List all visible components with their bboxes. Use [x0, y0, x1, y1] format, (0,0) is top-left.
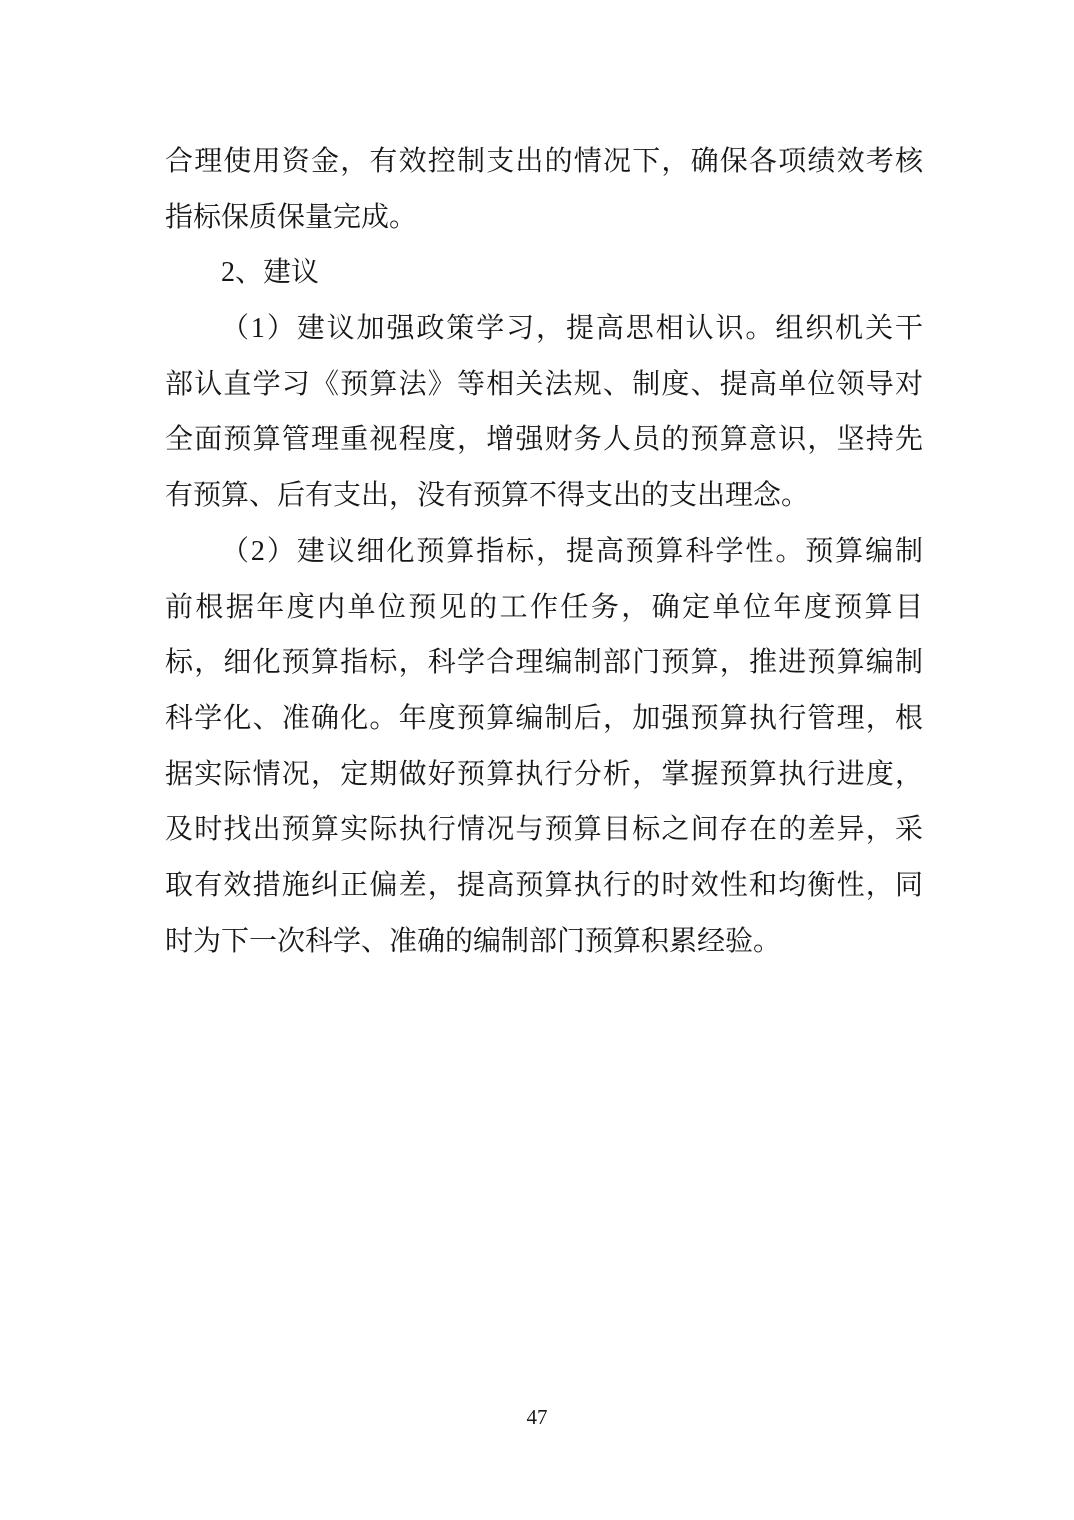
text-line: 时为下一次科学、准确的编制部门预算积累经验。 [165, 914, 923, 970]
text-line: （1）建议加强政策学习，提高思相认识。组织机关干 [165, 301, 923, 357]
text-line: 标，细化预算指标，科学合理编制部门预算，推进预算编制 [165, 635, 923, 691]
text-line: 2、建议 [165, 245, 923, 301]
paragraph: （1）建议加强政策学习，提高思相认识。组织机关干部认直学习《预算法》等相关法规、… [165, 301, 923, 524]
text-line: 科学化、准确化。年度预算编制后，加强预算执行管理，根 [165, 691, 923, 747]
paragraph: 合理使用资金，有效控制支出的情况下，确保各项绩效考核指标保质保量完成。 [165, 134, 923, 245]
paragraph: 2、建议 [165, 245, 923, 301]
text-line: 有预算、后有支出，没有预算不得支出的支出理念。 [165, 468, 923, 524]
text-block: 合理使用资金，有效控制支出的情况下，确保各项绩效考核指标保质保量完成。2、建议（… [165, 134, 923, 969]
text-line: 据实际情况，定期做好预算执行分析，掌握预算执行进度， [165, 747, 923, 803]
page-number: 47 [527, 1405, 548, 1429]
text-line: （2）建议细化预算指标，提高预算科学性。预算编制 [165, 524, 923, 580]
text-line: 合理使用资金，有效控制支出的情况下，确保各项绩效考核 [165, 134, 923, 190]
text-line: 取有效措施纠正偏差，提高预算执行的时效性和均衡性，同 [165, 858, 923, 914]
document-page: 合理使用资金，有效控制支出的情况下，确保各项绩效考核指标保质保量完成。2、建议（… [0, 0, 1074, 1520]
text-line: 前根据年度内单位预见的工作任务，确定单位年度预算目 [165, 580, 923, 636]
text-line: 部认直学习《预算法》等相关法规、制度、提高单位领导对 [165, 357, 923, 413]
page-footer: 47 [0, 1404, 1074, 1430]
text-line: 全面预算管理重视程度，增强财务人员的预算意识，坚持先 [165, 412, 923, 468]
text-line: 指标保质保量完成。 [165, 190, 923, 246]
text-line: 及时找出预算实际执行情况与预算目标之间存在的差异，采 [165, 802, 923, 858]
paragraph: （2）建议细化预算指标，提高预算科学性。预算编制前根据年度内单位预见的工作任务，… [165, 524, 923, 970]
